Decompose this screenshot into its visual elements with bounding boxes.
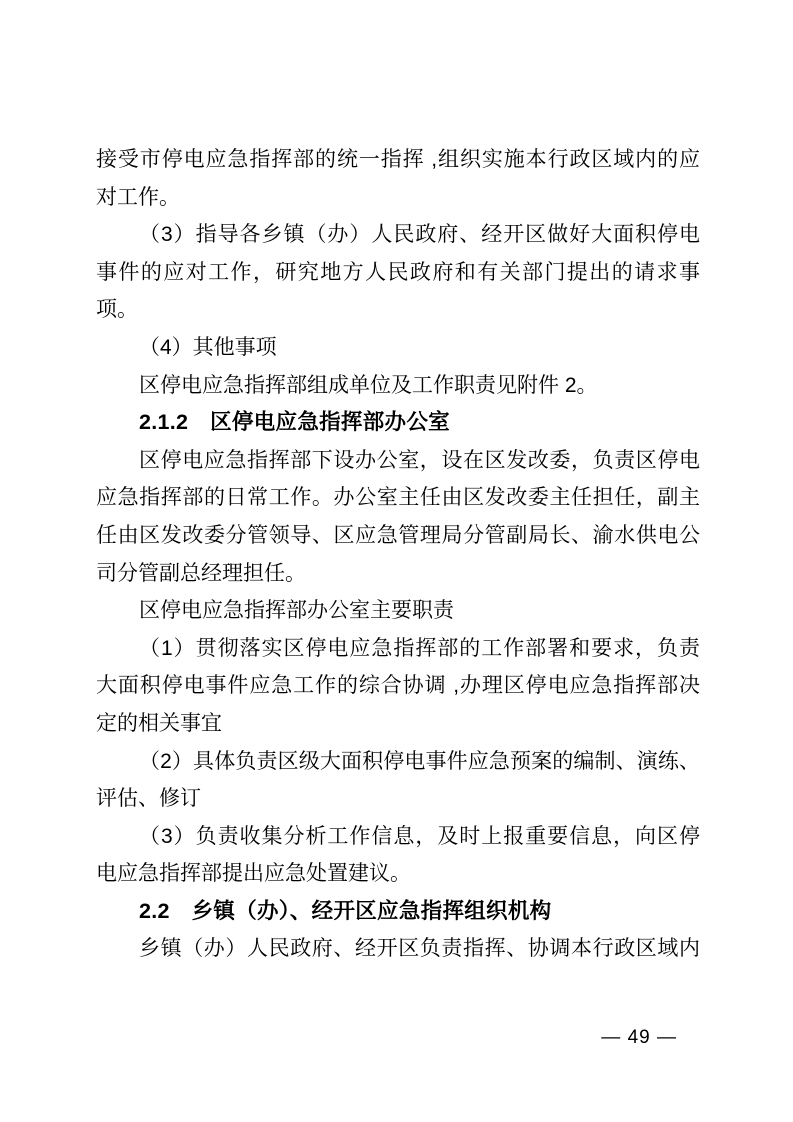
text-line: 事件的应对工作，研究地方人民政府和有关部门提出的请求事	[96, 254, 700, 292]
text-line: 对工作。	[96, 179, 700, 217]
text-line: 区停电应急指挥部办公室主要职责	[96, 592, 700, 630]
text-line: 项。	[96, 291, 700, 329]
document-page: 接受市停电应急指挥部的统一指挥 ,组织实施本行政区域内的应对工作。（3）指导各乡…	[0, 0, 793, 1122]
text-line: （1）贯彻落实区停电应急指挥部的工作部署和要求，负责	[96, 630, 700, 668]
section-heading: 2.2 乡镇（办）、经开区应急指挥组织机构	[96, 893, 700, 931]
text-line: （2）具体负责区级大面积停电事件应急预案的编制、演练、	[96, 743, 700, 781]
text-line: 接受市停电应急指挥部的统一指挥 ,组织实施本行政区域内的应	[96, 141, 700, 179]
section-heading: 2.1.2 区停电应急指挥部办公室	[96, 404, 700, 442]
document-body: 接受市停电应急指挥部的统一指挥 ,组织实施本行政区域内的应对工作。（3）指导各乡…	[96, 141, 700, 968]
page-number: — 49 —	[601, 1026, 677, 1050]
text-line: 应急指挥部的日常工作。办公室主任由区发改委主任担任，副主	[96, 479, 700, 517]
text-line: （3）指导各乡镇（办）人民政府、经开区做好大面积停电	[96, 216, 700, 254]
text-line: （3）负责收集分析工作信息，及时上报重要信息，向区停	[96, 818, 700, 856]
text-line: （4）其他事项	[96, 329, 700, 367]
text-line: 电应急指挥部提出应急处置建议。	[96, 855, 700, 893]
text-line: 定的相关事宜	[96, 705, 700, 743]
text-line: 司分管副总经理担任。	[96, 555, 700, 593]
text-line: 区停电应急指挥部组成单位及工作职责见附件 2。	[96, 367, 700, 405]
text-line: 区停电应急指挥部下设办公室，设在区发改委，负责区停电	[96, 442, 700, 480]
text-line: 评估、修订	[96, 780, 700, 818]
text-line: 乡镇（办）人民政府、经开区负责指挥、协调本行政区域内	[96, 930, 700, 968]
text-line: 大面积停电事件应急工作的综合协调 ,办理区停电应急指挥部决	[96, 667, 700, 705]
text-line: 任由区发改委分管领导、区应急管理局分管副局长、渝水供电公	[96, 517, 700, 555]
